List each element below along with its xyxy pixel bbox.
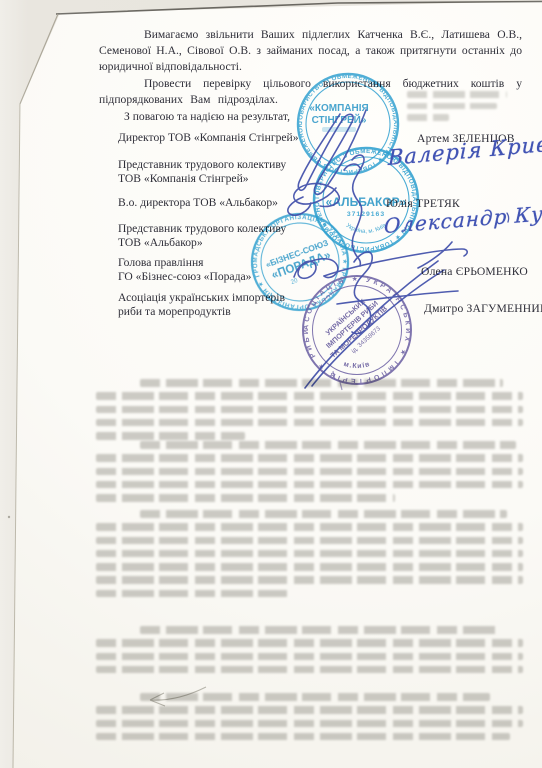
signatory-title-2: Представник трудового колективу ТОВ «Ком… [118, 158, 368, 186]
printed-name-zahumennyi: Дмитро ЗАГУМЕННИЙ [424, 302, 542, 315]
bleedthrough-block-1 [96, 379, 523, 445]
bleedthrough-block-5 [96, 693, 523, 746]
closing-line: З повагою та надією на результат, [124, 110, 290, 123]
signatory-title-3: В.о. директора ТОВ «Альбакор» [118, 196, 368, 210]
signatory-title-5: Голова правління ГО «Бізнес-союз «Порада… [118, 256, 368, 284]
document-page: Вимагаємо звільнити Ваших підлеглих Катч… [0, 0, 542, 768]
scanned-document: Вимагаємо звільнити Ваших підлеглих Катч… [0, 0, 542, 768]
scan-speck [8, 516, 10, 518]
bleedthrough-block-4 [96, 626, 523, 679]
bleedthrough-fragment [407, 91, 507, 126]
paragraph-demand: Вимагаємо звільнити Ваших підлеглих Катч… [99, 27, 522, 76]
signatory-title-4: Представник трудового колективу ТОВ «Аль… [118, 222, 368, 250]
signatory-title-6: Асоціація українських імпортерів риби та… [118, 291, 368, 319]
bleedthrough-block-2 [96, 441, 523, 507]
printed-name-yeromenko: Олена ЄРЬОМЕНКО [421, 265, 528, 278]
bleedthrough-block-3 [96, 510, 523, 603]
signatory-title-1: Директор ТОВ «Компанія Стінгрей» [118, 131, 368, 145]
